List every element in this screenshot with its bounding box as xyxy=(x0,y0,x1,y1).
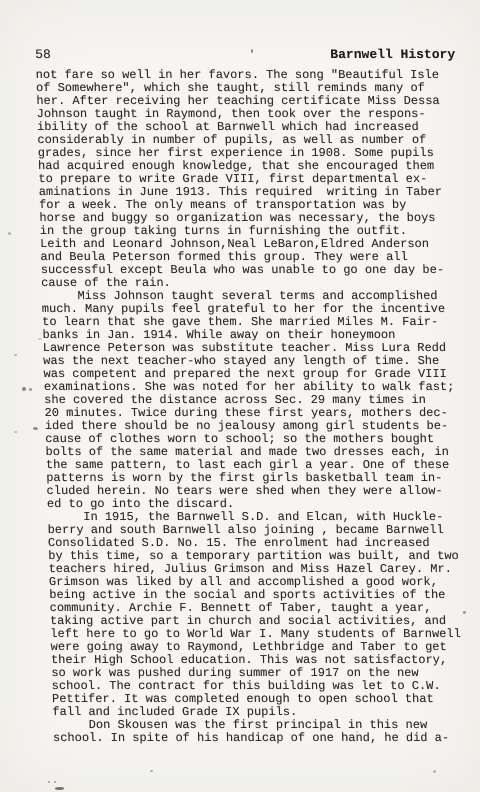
scan-speck xyxy=(433,770,436,773)
page-number: 58 xyxy=(35,48,51,62)
scan-speck xyxy=(8,232,11,235)
scan-speck xyxy=(22,387,26,391)
scan-speck xyxy=(33,427,38,430)
paragraph: Don Skousen was the first principal in t… xyxy=(53,719,478,745)
scan-speck xyxy=(14,354,17,356)
page-header: 58 Barnwell History xyxy=(35,48,459,62)
scan-speck xyxy=(150,770,153,772)
scan-speck xyxy=(29,388,32,391)
scan-speck xyxy=(54,781,56,783)
paragraph: In 1915, the Barnwell S.D. and Elcan, wi… xyxy=(47,511,476,719)
scanned-page: 58 Barnwell History not fare so well in … xyxy=(0,0,480,792)
scan-speck xyxy=(38,338,42,340)
scan-speck xyxy=(14,431,17,433)
paragraph: Miss Johnson taught several terms and ac… xyxy=(41,290,471,511)
page-body: not fare so well in her favors. The song… xyxy=(36,69,478,745)
scan-speck xyxy=(55,787,64,790)
running-title: Barnwell History xyxy=(330,48,455,62)
scan-speck xyxy=(48,781,50,783)
paragraph: not fare so well in her favors. The song… xyxy=(36,69,466,290)
page-content: 58 Barnwell History not fare so well in … xyxy=(35,48,477,745)
